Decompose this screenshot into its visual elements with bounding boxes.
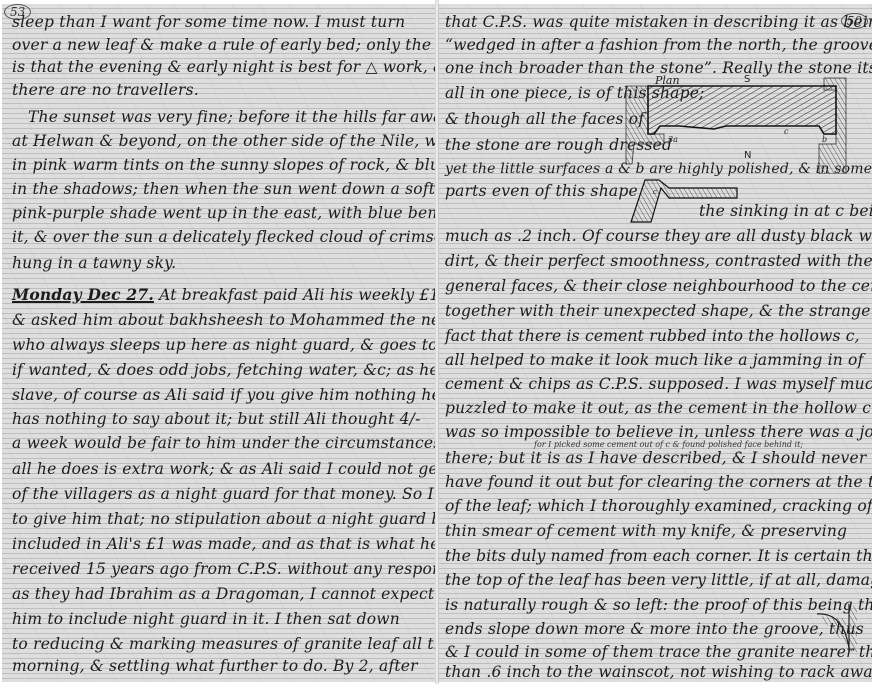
text-line: morning, & settling what further to do. …: [2, 656, 432, 676]
groove-sketch-icon: [815, 604, 860, 654]
text-line: At breakfast paid Ali his weekly £1,: [159, 286, 437, 304]
text-line: included in Ali's £1 was made, and as th…: [2, 534, 432, 554]
groove-sketch: [815, 604, 860, 654]
text-line: if wanted, & does odd jobs, fetching wat…: [2, 360, 432, 380]
dated-entry-line: Monday Dec 27. At breakfast paid Ali his…: [2, 285, 432, 305]
text-line: fact that there is cement rubbed into th…: [439, 326, 860, 346]
text-line: the bits duly named from each corner. It…: [439, 546, 872, 566]
text-line: the top of the leaf has been very little…: [439, 570, 872, 590]
plan-sketch-icon: Plan S N 3a c b: [624, 74, 872, 174]
text-line: of the leaf; which I thoroughly examined…: [439, 496, 872, 516]
text-line: hung in a tawny sky.: [2, 253, 432, 273]
text-line: to give him that; no stipulation about a…: [2, 509, 432, 529]
text-line: to reducing & marking measures of granit…: [2, 634, 432, 654]
left-page: 53 sleep than I want for some time now. …: [2, 4, 437, 682]
text-line: much as .2 inch. Of course they are all …: [439, 226, 872, 246]
svg-text:c: c: [653, 188, 657, 196]
text-line: received 15 years ago from C.P.S. withou…: [2, 559, 432, 579]
text-line: & I could in some of them trace the gran…: [439, 642, 872, 662]
text-line: there are no travellers.: [2, 80, 432, 100]
text-line: puzzled to make it out, as the cement in…: [439, 398, 871, 418]
date-heading: Monday Dec 27.: [12, 285, 154, 304]
profile-sketch-icon: c: [629, 174, 739, 224]
text-line: it, & over the sun a delicately flecked …: [2, 227, 432, 247]
manuscript-spread: 53 sleep than I want for some time now. …: [0, 0, 873, 684]
right-page: 50 that C.P.S. was quite mistaken in des…: [438, 4, 872, 682]
text-line: slave, of course as Ali said if you give…: [2, 385, 432, 405]
svg-text:b: b: [822, 135, 827, 144]
text-line: in pink warm tints on the sunny slopes o…: [2, 155, 432, 175]
text-line: than .6 inch to the wainscot, not wishin…: [439, 662, 872, 682]
text-line: thin smear of cement with my knife, & pr…: [439, 521, 847, 541]
text-line: general faces, & their close neighbourho…: [439, 276, 872, 296]
text-line: all helped to make it look much like a j…: [439, 350, 864, 370]
text-line: who always sleeps up here as night guard…: [2, 335, 432, 355]
stone-plan-diagram: Plan S N 3a c b: [624, 74, 872, 174]
text-line: a week would be fair to him under the ci…: [2, 433, 432, 453]
text-line: cement & chips as C.P.S. supposed. I was…: [439, 374, 872, 394]
text-line: have found it out but for clearing the c…: [439, 472, 872, 492]
text-line: pink-purple shade went up in the east, w…: [2, 203, 432, 223]
text-line: & asked him about bakhsheesh to Mohammed…: [2, 310, 432, 330]
text-line: him to include night guard in it. I then…: [2, 609, 432, 629]
text-line: & though all the faces of: [439, 109, 644, 129]
text-line: dirt, & their perfect smoothness, contra…: [439, 251, 872, 271]
text-line: The sunset was very fine; before it the …: [2, 107, 437, 127]
text-line: is naturally rough & so left: the proof …: [439, 595, 872, 615]
text-line: ends slope down more & more into the gro…: [439, 619, 864, 639]
svg-text:N: N: [744, 150, 751, 161]
text-line: together with their unexpected shape, & …: [439, 301, 871, 321]
text-line: over a new leaf & make a rule of early b…: [2, 35, 432, 55]
text-line: is that the evening & early night is bes…: [2, 57, 432, 77]
text-line: all he does is extra work; & as Ali said…: [2, 459, 432, 479]
text-line: “wedged in after a fashion from the nort…: [439, 35, 872, 55]
text-line: at Helwan & beyond, on the other side of…: [2, 131, 432, 151]
text-line: of the villagers as a night guard for th…: [2, 484, 432, 504]
svg-text:S: S: [744, 74, 750, 85]
profile-sketch: c: [629, 174, 739, 224]
svg-text:3a: 3a: [668, 135, 678, 144]
text-line: was so impossible to believe in, unless …: [439, 422, 872, 442]
svg-text:Plan: Plan: [654, 74, 680, 87]
svg-text:c: c: [784, 127, 789, 136]
text-line: there; but it is as I have described, & …: [439, 448, 866, 468]
text-line: has nothing to say about it; but still A…: [2, 409, 432, 429]
text-line: parts even of this shape: [439, 181, 638, 201]
text-line: that C.P.S. was quite mistaken in descri…: [439, 12, 872, 32]
text-line: in the shadows; then when the sun went d…: [2, 179, 432, 199]
text-line: as they had Ibrahim as a Dragoman, I can…: [2, 584, 432, 604]
text-line: sleep than I want for some time now. I m…: [2, 12, 432, 32]
